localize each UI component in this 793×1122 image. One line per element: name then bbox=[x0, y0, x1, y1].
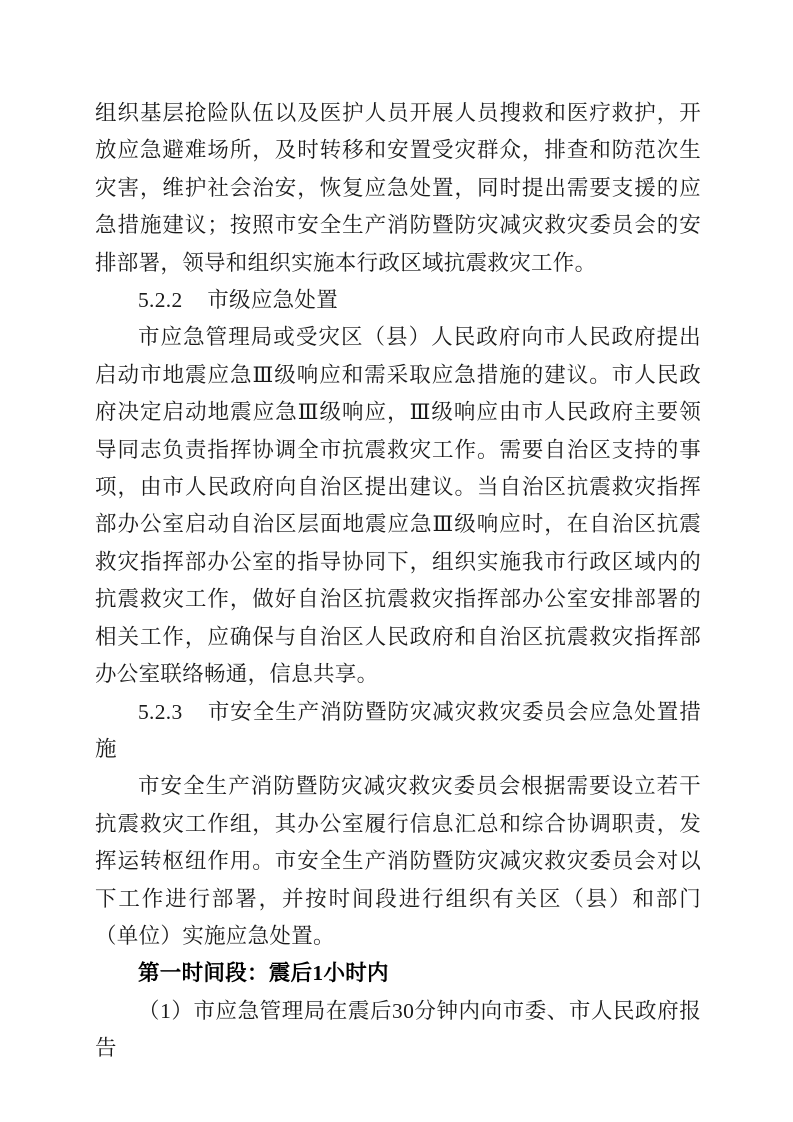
section-heading-5-2-2: 5.2.2市级应急处置 bbox=[95, 282, 701, 319]
body-paragraph-committee-measures: 市安全生产消防暨防灾减灾救灾委员会根据需要设立若干抗震救灾工作组，其办公室履行信… bbox=[95, 768, 701, 955]
section-number-5-2-3: 5.2.3 bbox=[138, 700, 183, 724]
body-paragraph-city-level-response: 市应急管理局或受灾区（县）人民政府向市人民政府提出启动市地震应急Ⅲ级响应和需采取… bbox=[95, 319, 701, 693]
document-content: 组织基层抢险队伍以及医护人员开展人员搜救和医疗救护，开放应急避难场所，及时转移和… bbox=[0, 0, 793, 1068]
section-title-5-2-2: 市级应急处置 bbox=[207, 288, 338, 312]
body-paragraph-disaster-relief-continued: 组织基层抢险队伍以及医护人员开展人员搜救和医疗救护，开放应急避难场所，及时转移和… bbox=[95, 95, 701, 282]
time-phase-item-1: （1）市应急管理局在震后30分钟内向市委、市人民政府报告 bbox=[95, 993, 701, 1068]
section-heading-5-2-3: 5.2.3市安全生产消防暨防灾减灾救灾委员会应急处置措施 bbox=[95, 694, 701, 769]
section-title-5-2-3: 市安全生产消防暨防灾减灾救灾委员会应急处置措施 bbox=[95, 700, 701, 761]
document-page: 组织基层抢险队伍以及医护人员开展人员搜救和医疗救护，开放应急避难场所，及时转移和… bbox=[0, 0, 793, 1122]
section-number-5-2-2: 5.2.2 bbox=[138, 288, 183, 312]
time-phase-heading: 第一时间段：震后1小时内 bbox=[95, 955, 701, 992]
